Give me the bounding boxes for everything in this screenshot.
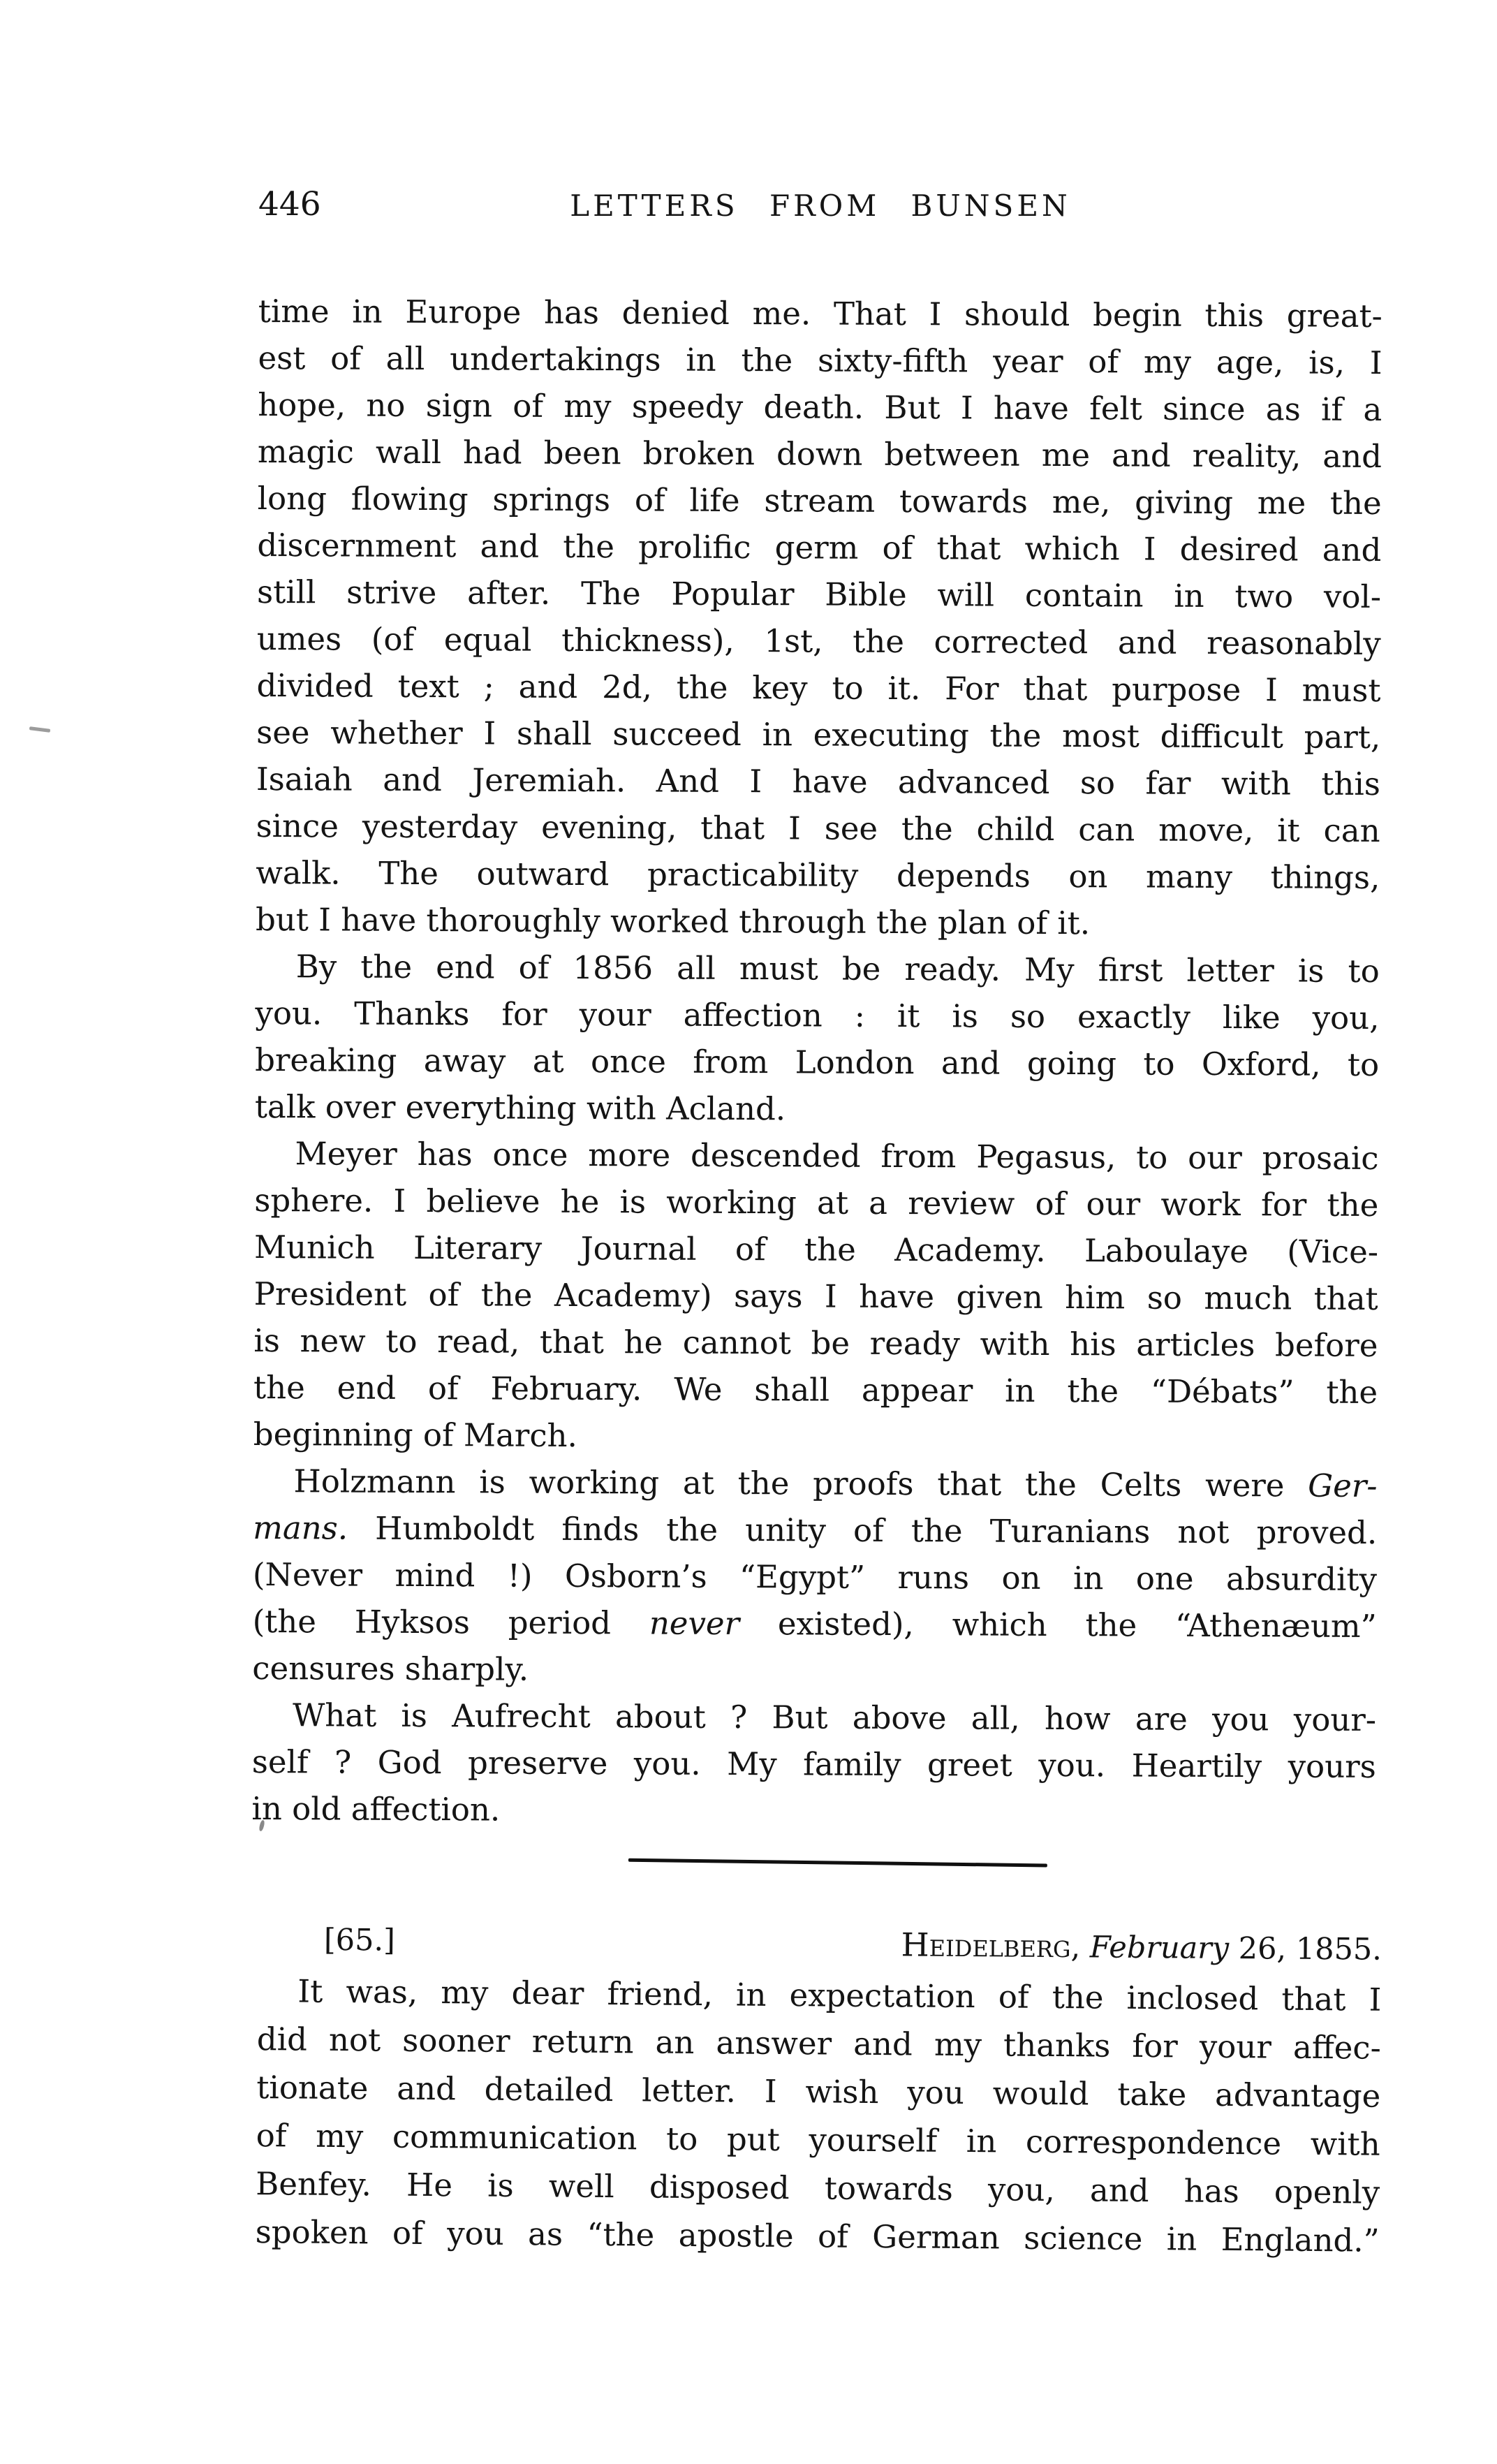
text-segment: talk over everything with Acland. bbox=[255, 1088, 786, 1127]
text-segment: Isaiah and Jeremiah. And I have advanced… bbox=[256, 761, 1380, 802]
text-line: talk over everything with Acland. bbox=[255, 1083, 1379, 1135]
italic-text-segment: never bbox=[649, 1604, 739, 1642]
text-segment: discernment and the prolific germ of tha… bbox=[257, 527, 1381, 569]
text-segment: divided text ; and 2d, the key to it. Fo… bbox=[256, 667, 1380, 709]
text-segment: Meyer has once more descended from Pegas… bbox=[295, 1135, 1378, 1177]
text-segment: but I have thoroughly worked through the… bbox=[256, 901, 1090, 941]
text-line: is new to read, that he cannot be ready … bbox=[253, 1317, 1378, 1369]
text-line: umes (of equal thickness), 1st, the corr… bbox=[257, 615, 1381, 667]
paragraph: Meyer has once more descended from Pegas… bbox=[253, 1130, 1379, 1462]
text-segment: since yesterday evening, that I see the … bbox=[256, 807, 1380, 849]
letter-number-label: [65.] bbox=[324, 1919, 395, 1963]
text-line: censures sharply. bbox=[252, 1645, 1376, 1696]
text-line: spoken of you as “the apostle of German … bbox=[255, 2208, 1379, 2265]
section-divider bbox=[628, 1858, 1047, 1868]
text-segment: see whether I shall succeed in executing… bbox=[256, 714, 1380, 756]
text-line: you. Thanks for your affection : it is s… bbox=[255, 990, 1379, 1041]
text-line: (Never mind !) Osborn’s “Egypt” runs on … bbox=[253, 1551, 1377, 1603]
text-segment: What is Aufrecht about ? But above all, … bbox=[293, 1696, 1376, 1738]
text-segment: is new to read, that he cannot be ready … bbox=[253, 1322, 1378, 1364]
text-segment: long flowing springs of life stream towa… bbox=[258, 480, 1382, 522]
text-line: still strive after. The Popular Bible wi… bbox=[257, 569, 1381, 620]
dateline-place: Heidelberg bbox=[901, 1926, 1070, 1965]
text-segment: still strive after. The Popular Bible wi… bbox=[257, 573, 1381, 615]
text-line: of my communication to put yourself in c… bbox=[256, 2111, 1380, 2169]
text-segment: magic wall had been broken down between … bbox=[258, 433, 1382, 475]
text-line: Meyer has once more descended from Pegas… bbox=[254, 1130, 1378, 1182]
text-segment: sphere. I believe he is working at a rev… bbox=[254, 1182, 1378, 1224]
running-header: 446 LETTERS FROM BUNSEN bbox=[258, 180, 1382, 229]
text-segment: self ? God preserve you. My family greet… bbox=[252, 1743, 1376, 1785]
text-segment: Munich Literary Journal of the Academy. … bbox=[254, 1229, 1378, 1270]
text-line: mans. Humboldt finds the unity of the Tu… bbox=[253, 1504, 1377, 1556]
dateline-separator: , bbox=[1070, 1930, 1090, 1965]
text-line: but I have thoroughly worked through the… bbox=[256, 896, 1380, 948]
text-line: since yesterday evening, that I see the … bbox=[256, 802, 1380, 854]
text-segment: hope, no sign of my speedy death. But I … bbox=[258, 386, 1382, 428]
text-line: divided text ; and 2d, the key to it. Fo… bbox=[256, 662, 1380, 714]
text-line: did not sooner return an answer and my t… bbox=[257, 2015, 1381, 2072]
text-line: tionate and detailed letter. I wish you … bbox=[256, 2063, 1380, 2120]
dateline: Heidelberg, February 26, 1855. bbox=[901, 1923, 1382, 1971]
text-segment: Benfey. He is well disposed towards you,… bbox=[256, 2165, 1380, 2211]
text-segment: the end of February. We shall appear in … bbox=[253, 1369, 1378, 1411]
text-line: It was, my dear friend, in expectation o… bbox=[257, 1967, 1381, 2024]
text-segment: Holzmann is working at the proofs that t… bbox=[293, 1462, 1308, 1504]
text-segment: in old affection. bbox=[251, 1790, 500, 1828]
text-line: walk. The outward practicability depends… bbox=[256, 849, 1380, 901]
italic-text-segment: Ger- bbox=[1308, 1467, 1378, 1504]
text-line: est of all undertakings in the sixty-fif… bbox=[258, 335, 1382, 386]
paragraph: By the end of 1856 all must be ready. My… bbox=[255, 943, 1380, 1135]
letter-65-body: It was, my dear friend, in expectation o… bbox=[255, 1967, 1381, 2265]
text-line: breaking away at once from London and go… bbox=[255, 1036, 1379, 1088]
paragraph: time in Europe has denied me. That I sho… bbox=[256, 288, 1382, 948]
book-page: 446 LETTERS FROM BUNSEN time in Europe h… bbox=[0, 0, 1497, 2464]
text-segment: est of all undertakings in the sixty-fif… bbox=[258, 339, 1382, 381]
text-line: long flowing springs of life stream towa… bbox=[258, 475, 1382, 527]
text-line: Holzmann is working at the proofs that t… bbox=[253, 1458, 1377, 1509]
text-segment: you. Thanks for your affection : it is s… bbox=[255, 995, 1379, 1036]
text-line: President of the Academy) says I have gi… bbox=[254, 1270, 1378, 1322]
text-line: in old affection. bbox=[251, 1785, 1376, 1837]
letter-65-section: [65.] Heidelberg, February 26, 1855. It … bbox=[247, 1851, 1382, 2419]
text-segment: did not sooner return an answer and my t… bbox=[257, 2021, 1381, 2067]
text-segment: President of the Academy) says I have gi… bbox=[254, 1275, 1378, 1317]
text-segment: umes (of equal thickness), 1st, the corr… bbox=[257, 620, 1381, 662]
text-segment: (the Hyksos period bbox=[253, 1603, 649, 1641]
text-line: the end of February. We shall appear in … bbox=[253, 1364, 1378, 1416]
dateline-month: February bbox=[1090, 1930, 1230, 1966]
text-segment: tionate and detailed letter. I wish you … bbox=[256, 2069, 1380, 2115]
text-segment: (Never mind !) Osborn’s “Egypt” runs on … bbox=[253, 1556, 1377, 1598]
paragraph: What is Aufrecht about ? But above all, … bbox=[251, 1692, 1376, 1837]
text-line: Isaiah and Jeremiah. And I have advanced… bbox=[256, 756, 1380, 807]
text-line: magic wall had been broken down between … bbox=[258, 428, 1382, 480]
text-segment: spoken of you as “the apostle of German … bbox=[256, 2213, 1380, 2259]
dateline-date: 26, 1855. bbox=[1229, 1931, 1382, 1967]
running-title: LETTERS FROM BUNSEN bbox=[258, 182, 1382, 230]
text-segment: existed), which the “Athenæum” bbox=[739, 1605, 1377, 1645]
paragraph: Holzmann is working at the proofs that t… bbox=[252, 1458, 1377, 1696]
text-segment: It was, my dear friend, in expectation o… bbox=[297, 1973, 1381, 2018]
scan-speck bbox=[29, 726, 50, 733]
text-segment: walk. The outward practicability depends… bbox=[256, 854, 1380, 896]
text-line: sphere. I believe he is working at a rev… bbox=[254, 1177, 1378, 1229]
letter-65-heading: [65.] Heidelberg, February 26, 1855. bbox=[258, 1918, 1382, 1976]
text-line: hope, no sign of my speedy death. But I … bbox=[258, 381, 1382, 433]
italic-text-segment: mans. bbox=[253, 1509, 348, 1547]
text-line: Munich Literary Journal of the Academy. … bbox=[254, 1224, 1378, 1275]
text-segment: censures sharply. bbox=[252, 1650, 529, 1688]
text-line: discernment and the prolific germ of tha… bbox=[257, 522, 1381, 573]
text-line: By the end of 1856 all must be ready. My… bbox=[256, 943, 1380, 995]
text-line: time in Europe has denied me. That I sho… bbox=[258, 288, 1382, 339]
text-line: (the Hyksos period never existed), which… bbox=[253, 1598, 1377, 1650]
text-line: beginning of March. bbox=[253, 1411, 1378, 1462]
text-line: self ? God preserve you. My family greet… bbox=[252, 1738, 1376, 1790]
text-line: see whether I shall succeed in executing… bbox=[256, 709, 1380, 761]
text-segment: time in Europe has denied me. That I sho… bbox=[258, 293, 1382, 335]
text-segment: beginning of March. bbox=[253, 1416, 577, 1454]
text-segment: of my communication to put yourself in c… bbox=[256, 2117, 1380, 2163]
text-line: What is Aufrecht about ? But above all, … bbox=[252, 1692, 1376, 1743]
text-segment: breaking away at once from London and go… bbox=[255, 1041, 1379, 1083]
paragraph: It was, my dear friend, in expectation o… bbox=[255, 1967, 1381, 2265]
text-line: Benfey. He is well disposed towards you,… bbox=[256, 2159, 1380, 2217]
text-segment: Humboldt finds the unity of the Turanian… bbox=[348, 1510, 1377, 1551]
letter-64-body: time in Europe has denied me. That I sho… bbox=[251, 288, 1382, 1837]
text-segment: By the end of 1856 all must be ready. My… bbox=[296, 948, 1380, 990]
